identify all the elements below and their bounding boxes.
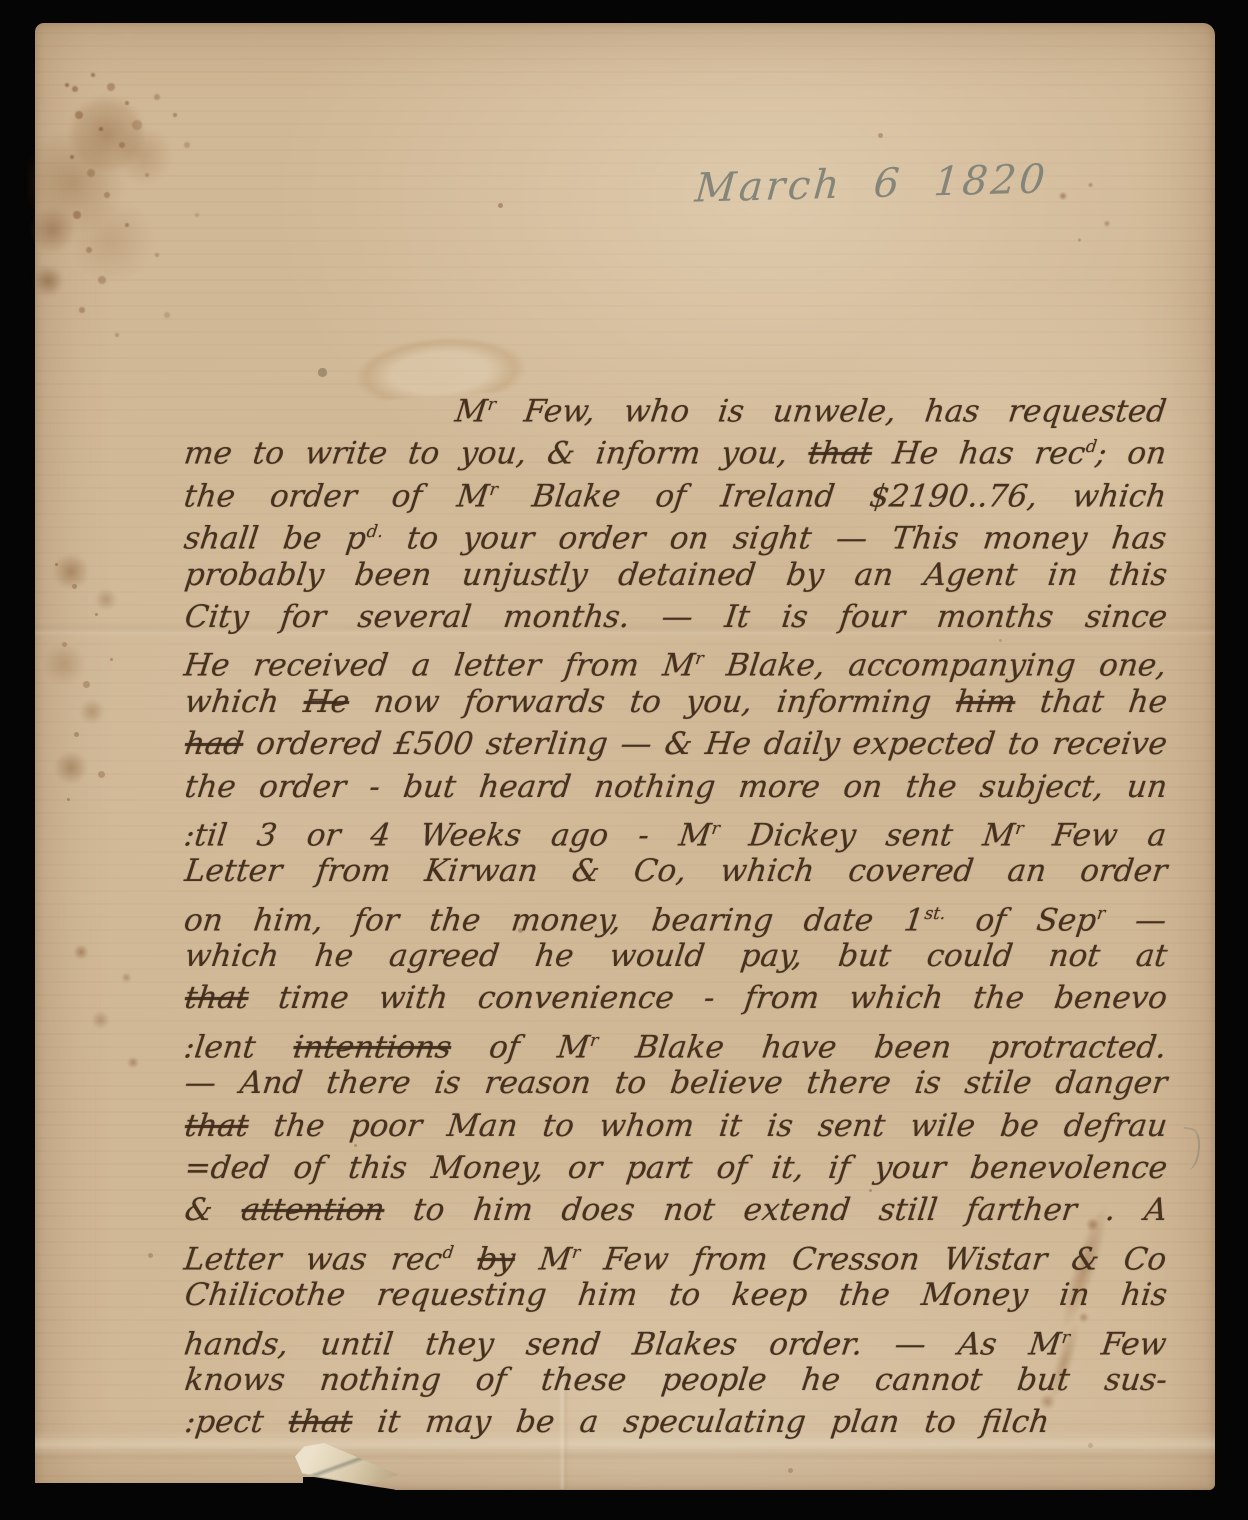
handwriting-text: Blake have been protracted. (595, 1029, 1168, 1065)
handwriting-text: me to write to you, & inform you, (182, 436, 811, 472)
struck-word: that (806, 436, 874, 472)
letter-line: that time with convenience - from which … (182, 977, 1169, 1019)
folded-corner-flap (295, 1443, 399, 1485)
handwriting-text: Blake of Ireland $2190..76, which (495, 478, 1169, 514)
handwriting-text: Dickey sent M (717, 817, 1017, 853)
struck-word: him (954, 684, 1018, 720)
letter-line: City for several months. — It is four mo… (182, 596, 1169, 638)
handwriting-text: the order - but heard nothing more on th… (183, 769, 1169, 805)
superscript-text: st. (923, 904, 946, 924)
foxing-stain-left-lower (55, 918, 185, 1088)
handwriting-text: City for several months. — It is four mo… (183, 599, 1169, 635)
handwriting-text: to your order on sight — This money has (380, 521, 1168, 557)
handwriting-text: :til 3 or 4 Weeks ago - M (182, 817, 713, 853)
struck-word: had (183, 726, 246, 762)
struck-word: by (475, 1241, 517, 1277)
handwriting-text: to him does not extend still farther . A (382, 1192, 1169, 1228)
handwriting-text: knows nothing of these people he cannot … (183, 1362, 1169, 1398)
handwriting-text: now forwards to you, informing (347, 684, 958, 720)
handwriting-text: it may be a speculating plan to filch (350, 1404, 1051, 1440)
letter-line: Chilicothe requesting him to keep the Mo… (182, 1274, 1169, 1316)
letter-line: the order of Mr Blake of Ireland $2190..… (182, 469, 1169, 511)
foxing-speckles-left-middle (55, 563, 58, 566)
handwriting-text: of Sep (943, 902, 1099, 938)
letter-line: had ordered £500 sterling — & He daily e… (182, 723, 1169, 765)
handwriting-text: which he agreed he would pay, but could … (183, 938, 1169, 974)
letter-line: which he agreed he would pay, but could … (182, 935, 1169, 977)
letter-body: Mr Few, who is unwele, has requestedme t… (185, 384, 1167, 1444)
foxing-stain-top-left (27, 53, 237, 393)
handwriting-text: M (513, 1241, 574, 1277)
handwriting-text: Letter was rec (182, 1241, 444, 1277)
letter-line: knows nothing of these people he cannot … (182, 1359, 1169, 1401)
handwriting-text: the poor Man to whom it is sent wile be … (246, 1108, 1169, 1144)
letter-line: probably been unjustly detained by an Ag… (182, 554, 1169, 596)
foxing-speckles-top-left (65, 83, 69, 87)
handwriting-text: Blake, accompanying one, (701, 648, 1169, 684)
letter-line: :pect that it may be a speculating plan … (182, 1401, 1051, 1443)
letter-line: shall be pd. to your order on sight — Th… (182, 511, 1169, 553)
letter-line: the order - but heard nothing more on th… (182, 766, 1169, 808)
handwriting-text: & (183, 1192, 244, 1228)
letter-line: Letter from Kirwan & Co, which covered a… (182, 850, 1169, 892)
handwriting-text: Few, who is unwele, has requested (493, 393, 1169, 429)
scanned-letter-image: March 6 1820 Mr Few, who is unwele, has … (0, 0, 1248, 1520)
handwriting-text: He received a letter from M (182, 648, 697, 684)
handwriting-text: Chilicothe requesting him to keep the Mo… (183, 1277, 1169, 1313)
struck-word: He (302, 684, 352, 720)
handwriting-text: Few (1067, 1326, 1169, 1362)
handwriting-text: :pect (183, 1404, 291, 1440)
handwriting-text: He has rec (870, 436, 1088, 472)
date-annotation: March 6 1820 (693, 156, 1049, 211)
handwriting-text: :lent (182, 1029, 296, 1065)
struck-word: intentions (291, 1029, 453, 1065)
handwriting-text: Letter from Kirwan & Co, which covered a… (183, 853, 1169, 889)
handwriting-text: Few a (1021, 817, 1169, 853)
foxing-stain-left-middle (29, 538, 169, 818)
handwriting-text: Few from Cresson Wistar & Co (577, 1241, 1168, 1277)
handwriting-text: of M (449, 1029, 592, 1065)
handwriting-text: that he (1013, 684, 1169, 720)
letter-line: hands, until they send Blakes order. — A… (182, 1317, 1169, 1359)
letter-line: =ded of this Money, or part of it, if yo… (182, 1147, 1169, 1189)
letter-line: Mr Few, who is unwele, has requested (182, 384, 1169, 426)
bottom-edge-step (35, 1483, 305, 1492)
handwriting-text: time with convenience - from which the b… (246, 980, 1169, 1016)
handwriting-text: — And there is reason to believe there i… (183, 1065, 1169, 1101)
handwriting-text: the order of M (182, 478, 491, 514)
letter-line: He received a letter from Mr Blake, acco… (182, 638, 1169, 680)
handwriting-text: probably been unjustly detained by an Ag… (183, 557, 1169, 593)
scattered-spots (35, 23, 38, 26)
handwriting-text: M (453, 393, 489, 429)
handwriting-text: on him, for the money, bearing date 1 (182, 902, 926, 938)
handwriting-text: =ded of this Money, or part of it, if yo… (183, 1150, 1169, 1186)
letter-line: & attention to him does not extend still… (182, 1189, 1169, 1231)
letter-line: me to write to you, & inform you, that H… (182, 426, 1169, 468)
letter-line: on him, for the money, bearing date 1st.… (182, 893, 1169, 935)
letter-line: Letter was recd by Mr Few from Cresson W… (182, 1232, 1169, 1274)
letter-line: that the poor Man to whom it is sent wil… (182, 1105, 1169, 1147)
handwriting-text: hands, until they send Blakes order. — A… (182, 1326, 1063, 1362)
struck-word: that (183, 1108, 251, 1144)
letter-line: which He now forwards to you, informing … (182, 681, 1169, 723)
letter-line: — And there is reason to believe there i… (182, 1062, 1169, 1104)
handwriting-text: which (183, 684, 306, 720)
handwriting-text: ordered £500 sterling — & He daily expec… (241, 726, 1169, 762)
struck-word: that (183, 980, 251, 1016)
handwriting-text: shall be p (182, 521, 368, 557)
handwriting-text: ; on (1094, 436, 1169, 472)
letter-line: :lent intentions of Mr Blake have been p… (182, 1020, 1169, 1062)
letter-page: March 6 1820 Mr Few, who is unwele, has … (35, 23, 1215, 1490)
handwriting-text: — (1102, 902, 1168, 938)
folded-corner-gap (303, 1477, 395, 1492)
letter-line: :til 3 or 4 Weeks ago - Mr Dickey sent M… (182, 808, 1169, 850)
struck-word: that (287, 1404, 355, 1440)
pencil-mark-right-edge (1177, 1127, 1204, 1172)
struck-word: attention (239, 1192, 386, 1228)
